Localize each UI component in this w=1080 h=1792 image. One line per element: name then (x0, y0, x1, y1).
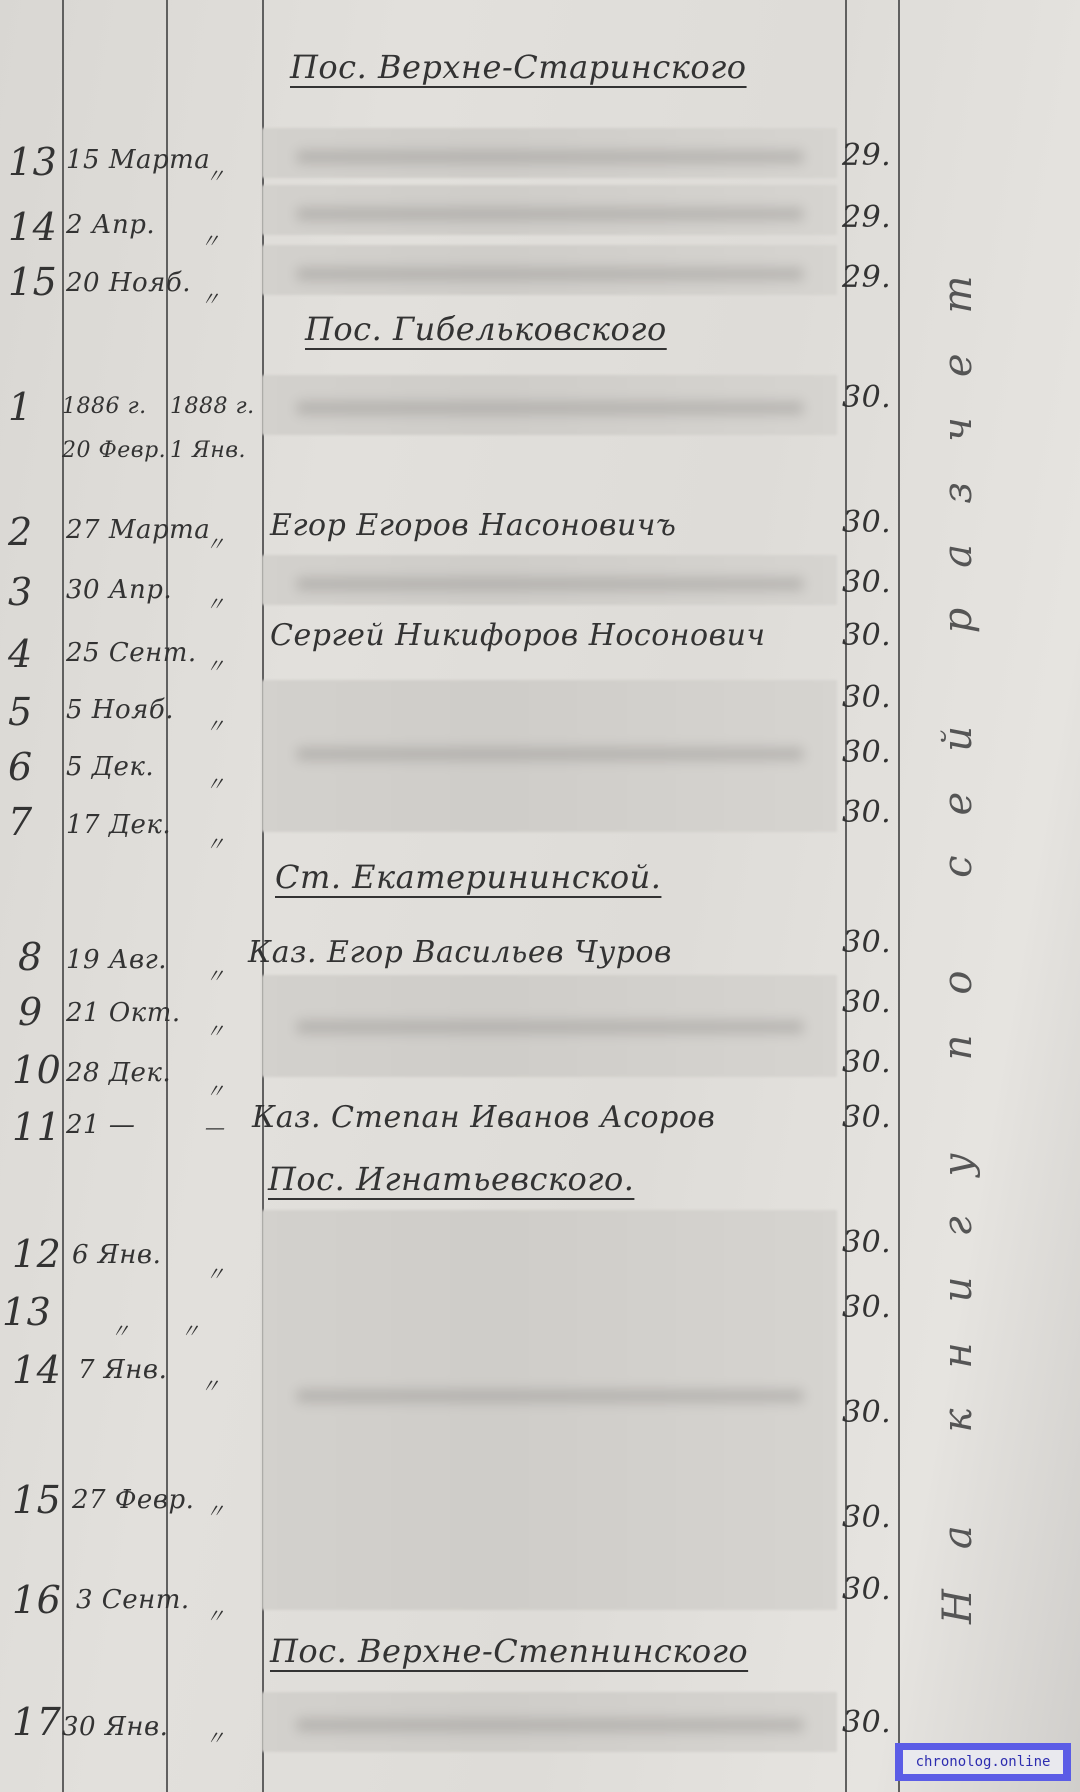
entry-ditto: 〃 (200, 1370, 221, 1399)
entry-date: 28 Дек. (66, 1058, 171, 1088)
entry-number: 2 (8, 510, 33, 554)
section-heading: Пос. Игнатьевского. (268, 1160, 634, 1198)
margin-annotation: На книгу по сей разчет (935, 120, 1025, 1740)
entry-amount: 29. (842, 200, 891, 235)
entry-ditto: 〃 (205, 768, 226, 797)
entry-number: 13 (8, 140, 57, 184)
redacted-block (262, 1210, 837, 1610)
entry-number: 15 (12, 1478, 61, 1522)
entry-ditto: 〃 (205, 1075, 226, 1104)
entry-amount: 29. (842, 138, 891, 173)
entry-date: 5 Дек. (66, 752, 154, 782)
entry-date: 30 Апр. (66, 575, 172, 605)
column-rule (898, 0, 900, 1792)
entry-number: 6 (8, 745, 33, 789)
column-rule (62, 0, 64, 1792)
entry-number: 14 (12, 1348, 61, 1392)
entry-date: 27 Марта (66, 515, 210, 545)
entry-ditto: 〃 (180, 1315, 201, 1344)
entry-number: 7 (8, 800, 33, 844)
entry-number: 10 (12, 1048, 61, 1092)
entry-number: 4 (8, 632, 33, 676)
entry-amount: 30. (842, 1500, 891, 1535)
entry-amount: 30. (842, 925, 891, 960)
entry-number: 15 (8, 260, 57, 304)
entry-amount: 30. (842, 1225, 891, 1260)
redacted-name (262, 245, 837, 295)
entry-amount: 30. (842, 680, 891, 715)
entry-number: 1 (8, 385, 33, 429)
entry-ditto: 〃 (205, 828, 226, 857)
entry-ditto: 〃 (205, 1015, 226, 1044)
entry-amount: 29. (842, 260, 891, 295)
entry-date: 30 Янв. (62, 1712, 168, 1742)
entry-date: 6 Янв. (72, 1240, 161, 1270)
entry-amount: 30. (842, 565, 891, 600)
entry-date: 2 Апр. (66, 210, 155, 240)
entry-amount: 30. (842, 1395, 891, 1430)
redacted-name (262, 375, 837, 435)
entry-amount: 30. (842, 1100, 891, 1135)
section-heading: Пос. Верхне-Степнинского (270, 1632, 748, 1670)
entry-date: 3 Сент. (76, 1585, 190, 1615)
entry-ditto: 〃 (205, 1495, 226, 1524)
entry-ditto: 〃 (205, 160, 226, 189)
entry-ditto: 〃 (205, 1722, 226, 1751)
entry-date: 21 Окт. (66, 998, 181, 1028)
redacted-block (262, 680, 837, 832)
entry-date: 27 Февр. (72, 1485, 194, 1515)
entry-amount: 30. (842, 985, 891, 1020)
entry-number: 11 (12, 1105, 61, 1149)
redacted-name (262, 128, 837, 178)
redacted-block (262, 975, 837, 1077)
entry-amount: 30. (842, 1705, 891, 1740)
entry-enlist-date: 1888 г. 1 Янв. (170, 385, 265, 473)
entry-amount: 30. (842, 380, 891, 415)
redacted-name (262, 1692, 837, 1752)
section-heading: Пос. Гибельковского (305, 310, 667, 348)
entry-date: 20 Нояб. (66, 268, 191, 298)
entry-number: 13 (2, 1290, 51, 1334)
entry-ditto: 〃 (205, 528, 226, 557)
entry-ditto: 〃 (205, 1258, 226, 1287)
entry-date: 1886 г. 20 Февр. (62, 385, 172, 473)
entry-ditto: 〃 (205, 710, 226, 739)
entry-date: 19 Авг. (66, 945, 167, 975)
entry-number: 8 (18, 935, 43, 979)
entry-date: 25 Сент. (66, 638, 197, 668)
section-heading: Ст. Екатерининской. (275, 858, 661, 896)
entry-amount: 30. (842, 505, 891, 540)
entry-amount: 30. (842, 618, 891, 653)
entry-date: 5 Нояб. (66, 695, 174, 725)
entry-number: 3 (8, 570, 33, 614)
entry-amount: 30. (842, 1572, 891, 1607)
entry-date: 〃 (110, 1315, 131, 1344)
register-page: Пос. Верхне-Старинского 13 15 Марта 〃 29… (0, 0, 1080, 1792)
entry-ditto: 〃 (200, 225, 221, 254)
entry-ditto: 〃 (200, 283, 221, 312)
entry-number: 16 (12, 1578, 61, 1622)
entry-amount: 30. (842, 1290, 891, 1325)
entry-amount: 30. (842, 735, 891, 770)
entry-number: 9 (18, 990, 43, 1034)
watermark-badge[interactable]: chronolog.online (895, 1743, 1071, 1781)
redacted-name (262, 555, 837, 605)
entry-number: 5 (8, 690, 33, 734)
entry-ditto: 〃 (205, 588, 226, 617)
entry-number: 12 (12, 1232, 61, 1276)
entry-date: 15 Марта (66, 145, 210, 175)
entry-ditto: 〃 (205, 960, 226, 989)
entry-name: Каз. Степан Иванов Асоров (252, 1100, 715, 1135)
entry-ditto: — (205, 1115, 226, 1139)
redacted-name (262, 185, 837, 235)
section-heading: Пос. Верхне-Старинского (290, 48, 747, 86)
entry-ditto: 〃 (205, 650, 226, 679)
entry-name: Каз. Егор Васильев Чуров (248, 935, 672, 970)
entry-amount: 30. (842, 795, 891, 830)
entry-date: 7 Янв. (78, 1355, 167, 1385)
entry-number: 14 (8, 205, 57, 249)
entry-date: 21 — (66, 1110, 135, 1140)
entry-ditto: 〃 (205, 1600, 226, 1629)
entry-name: Сергей Никифоров Носонович (270, 618, 766, 653)
entry-amount: 30. (842, 1045, 891, 1080)
watermark-text: chronolog.online (903, 1750, 1063, 1774)
entry-date: 17 Дек. (66, 810, 171, 840)
entry-name: Егор Егоров Насоновичъ (270, 508, 676, 543)
entry-number: 17 (12, 1700, 61, 1744)
